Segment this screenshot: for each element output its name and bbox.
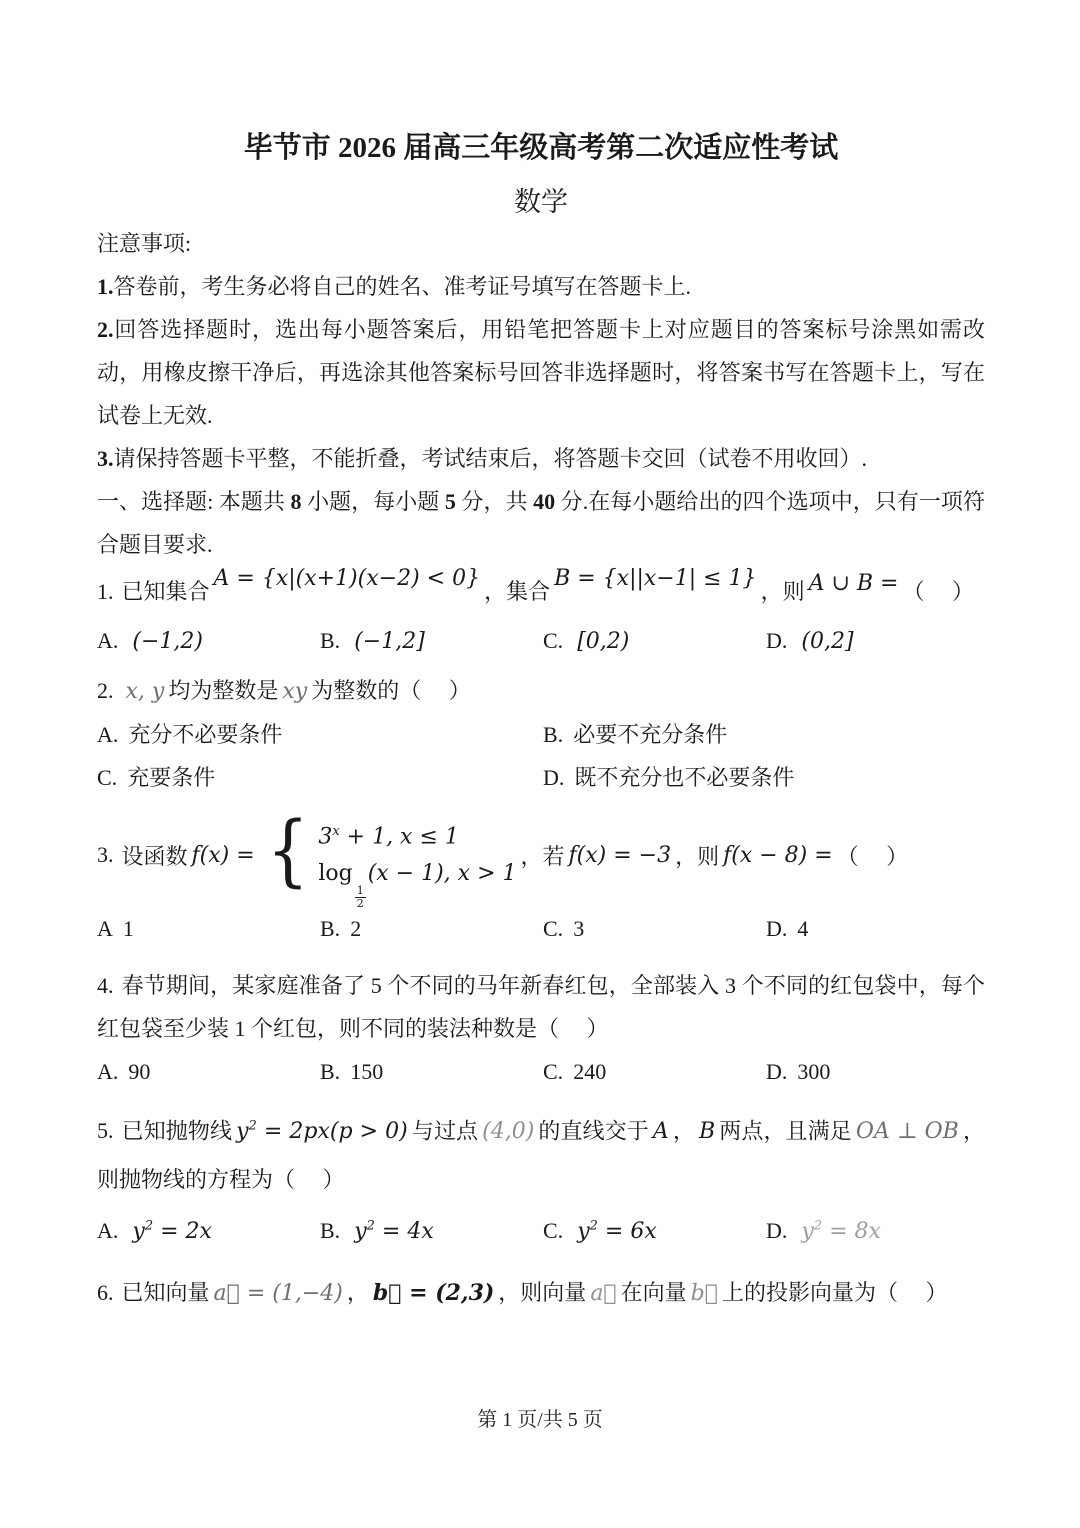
set-a-formula: A = {x|(x+1)(x−2) < 0} xyxy=(210,566,485,591)
option-label: B. xyxy=(320,1059,350,1084)
piecewise-brace: { xyxy=(266,811,308,891)
stem-text: ，集合 xyxy=(484,579,550,604)
option-value: y2 = 6x xyxy=(573,1219,661,1244)
function-def: f(x) = xyxy=(188,843,259,868)
section-text: 分，共 xyxy=(456,489,533,514)
xy-product: xy xyxy=(278,679,311,704)
option-label: D. xyxy=(543,765,574,790)
answer-blank: （ ） xyxy=(837,840,909,871)
question-stem: 3.设函数f(x) ={3x + 1, x ≤ 1log12(x − 1), x… xyxy=(97,803,985,907)
option-rest: = 6x xyxy=(598,1219,657,1244)
option-value: 既不充分也不必要条件 xyxy=(574,765,794,790)
vector-a-formula: a⃗ = (1,−4) xyxy=(210,1281,347,1306)
question-number: 4. xyxy=(97,973,122,998)
option-label: A xyxy=(97,916,123,941)
option-b: B.(−1,2] xyxy=(320,619,543,663)
option-value: 1 xyxy=(123,916,134,941)
option-c: C.充要条件 xyxy=(97,756,543,799)
option-label: B. xyxy=(320,1218,350,1243)
option-rest: = 8x xyxy=(822,1219,881,1244)
stem-text: 上的投影向量为（ ） xyxy=(722,1280,948,1305)
case-base: 3 xyxy=(318,825,332,850)
stem-text: 设函数 xyxy=(122,840,188,871)
notice-number: 1. xyxy=(97,274,114,299)
options-row: A1 B.2 C.3 D.4 xyxy=(97,907,985,950)
page-content: 毕节市 2026 届高三年级高考第二次适应性考试 数学 注意事项: 1.答卷前，… xyxy=(0,0,1080,1315)
section-count: 8 xyxy=(291,489,302,514)
condition-formula: f(x) = −3 xyxy=(565,843,676,868)
option-value: 2 xyxy=(350,916,361,941)
option-b: B.150 xyxy=(320,1050,543,1093)
target-formula: f(x − 8) = xyxy=(719,843,837,868)
section-points: 5 xyxy=(445,489,456,514)
question-5: 5.已知抛物线y2 = 2px(p > 0)与过点(4,0)的直线交于A，B两点… xyxy=(97,1103,985,1253)
option-d: D.(0,2] xyxy=(766,619,985,663)
subject-title: 数学 xyxy=(97,182,985,222)
section-text: 一、选择题: 本题共 xyxy=(97,489,291,514)
notice-item-2: 2.回答选择题时，选出每小题答案后，用铅笔把答题卡上对应题目的答案标号涂黑如需改… xyxy=(97,308,985,437)
option-c: C.240 xyxy=(543,1050,766,1093)
notice-text: 请保持答题卡平整，不能折叠，考试结束后，将答题卡交回（试卷不用收回）. xyxy=(114,446,868,471)
option-label: B. xyxy=(320,628,350,653)
question-stem: 2.x, y均为整数是xy为整数的（ ） xyxy=(97,669,985,713)
option-label: C. xyxy=(543,628,573,653)
notices-heading: 注意事项: xyxy=(97,222,985,265)
stem-text: ， xyxy=(347,1280,369,1305)
option-exponent: 2 xyxy=(145,1218,153,1233)
stem-text: 为整数的（ ） xyxy=(311,678,471,703)
option-a: A1 xyxy=(97,907,320,950)
notice-text: 回答选择题时，选出每小题答案后，用铅笔把答题卡上对应题目的答案标号涂黑如需改动，… xyxy=(97,317,985,428)
option-base: y xyxy=(132,1219,144,1244)
point-formula: (4,0) xyxy=(478,1119,538,1144)
option-a: A.充分不必要条件 xyxy=(97,713,543,756)
question-stem: 1.已知集合A = {x|(x+1)(x−2) < 0}，集合B = {x||x… xyxy=(97,566,985,619)
option-value: 90 xyxy=(128,1059,150,1084)
stem-text: ，若 xyxy=(521,840,565,871)
option-label: B. xyxy=(543,722,573,747)
notice-number: 3. xyxy=(97,446,114,471)
stem-text: 均为整数是 xyxy=(168,678,278,703)
stem-text: ，则 xyxy=(675,840,719,871)
option-value: 300 xyxy=(797,1059,830,1084)
option-b: B.必要不充分条件 xyxy=(543,713,985,756)
question-2: 2.x, y均为整数是xy为整数的（ ） A.充分不必要条件 B.必要不充分条件… xyxy=(97,669,985,799)
option-value: [0,2) xyxy=(573,629,633,654)
option-exponent: 2 xyxy=(367,1218,375,1233)
option-label: C. xyxy=(543,916,573,941)
xy-variables: x, y xyxy=(122,679,169,704)
option-label: A. xyxy=(97,1218,128,1243)
question-number: 2. xyxy=(97,678,122,703)
option-label: C. xyxy=(97,765,127,790)
formula-rest: = 2px(p > 0) xyxy=(257,1119,408,1144)
stem-text: ，则 xyxy=(761,579,805,604)
option-exponent: 2 xyxy=(590,1218,598,1233)
answer-blank: （ ） xyxy=(902,579,974,604)
question-stem: 6.已知向量a⃗ = (1,−4)，b⃗ = (2,3)，则向量a⃗在向量b⃗上… xyxy=(97,1271,985,1315)
option-label: B. xyxy=(320,916,350,941)
vector-b-symbol: b⃗ xyxy=(687,1281,722,1306)
option-rest: = 4x xyxy=(375,1219,434,1244)
formula-exponent: 2 xyxy=(249,1119,257,1134)
option-base: y xyxy=(801,1219,813,1244)
question-stem: 5.已知抛物线y2 = 2px(p > 0)与过点(4,0)的直线交于A，B两点… xyxy=(97,1103,985,1204)
options-row: A.90 B.150 C.240 D.300 xyxy=(97,1050,985,1093)
options-row: A.y2 = 2x B.y2 = 4x C.y2 = 6x D.y2 = 8x xyxy=(97,1204,985,1252)
page-title: 毕节市 2026 届高三年级高考第二次适应性考试 xyxy=(97,128,985,168)
option-label: C. xyxy=(543,1059,573,1084)
options-row: A.充分不必要条件 B.必要不充分条件 xyxy=(97,713,985,756)
log-base-fraction: 12 xyxy=(355,885,366,910)
option-d: D.300 xyxy=(766,1050,985,1093)
section-total: 40 xyxy=(533,489,555,514)
option-label: D. xyxy=(766,1218,797,1243)
stem-text: 的直线交于 xyxy=(538,1118,649,1143)
question-number: 5. xyxy=(97,1118,122,1143)
option-exponent: 2 xyxy=(814,1218,822,1233)
set-b-formula: B = {x||x−1| ≤ 1} xyxy=(550,566,760,591)
option-a: A.y2 = 2x xyxy=(97,1204,320,1252)
option-value: 必要不充分条件 xyxy=(573,722,727,747)
options-row: C.充要条件 D.既不充分也不必要条件 xyxy=(97,756,985,799)
question-stem: 4.春节期间，某家庭准备了 5 个不同的马年新春红包，全部装入 3 个不同的红包… xyxy=(97,964,985,1050)
option-value: 150 xyxy=(350,1059,383,1084)
option-label: D. xyxy=(766,628,797,653)
stem-text: 春节期间，某家庭准备了 5 个不同的马年新春红包，全部装入 3 个不同的红包袋中… xyxy=(97,973,985,1041)
question-3: 3.设函数f(x) ={3x + 1, x ≤ 1log12(x − 1), x… xyxy=(97,803,985,950)
option-value: (0,2] xyxy=(797,629,857,654)
stem-text: 已知抛物线 xyxy=(122,1118,233,1143)
notice-number: 2. xyxy=(97,317,114,342)
option-d: D.y2 = 8x xyxy=(766,1204,985,1252)
section-heading: 一、选择题: 本题共 8 小题，每小题 5 分，共 40 分.在每小题给出的四个… xyxy=(97,480,985,566)
option-label: D. xyxy=(766,1059,797,1084)
option-value: 4 xyxy=(797,916,808,941)
exam-paper-page: 毕节市 2026 届高三年级高考第二次适应性考试 数学 注意事项: 1.答卷前，… xyxy=(0,0,1080,1528)
option-label: C. xyxy=(543,1218,573,1243)
option-b: B.y2 = 4x xyxy=(320,1204,543,1252)
option-value: 充分不必要条件 xyxy=(128,722,282,747)
case-exponent: x xyxy=(332,824,339,839)
stem-text: 两点，且满足 xyxy=(719,1118,852,1143)
option-c: C.[0,2) xyxy=(543,619,766,663)
stem-text: 已知向量 xyxy=(122,1280,210,1305)
option-value: y2 = 2x xyxy=(128,1219,216,1244)
options-row: A.(−1,2) B.(−1,2] C.[0,2) D.(0,2] xyxy=(97,619,985,663)
question-number: 1. xyxy=(97,579,122,604)
parabola-formula: y2 = 2px(p > 0) xyxy=(232,1119,412,1144)
fraction-denominator: 2 xyxy=(355,897,366,910)
option-base: y xyxy=(577,1219,589,1244)
option-c: C.3 xyxy=(543,907,766,950)
option-value: 3 xyxy=(573,916,584,941)
option-a: A.(−1,2) xyxy=(97,619,320,663)
vector-a-symbol: a⃗ xyxy=(586,1281,620,1306)
question-number: 6. xyxy=(97,1280,122,1305)
option-value: 240 xyxy=(573,1059,606,1084)
question-6: 6.已知向量a⃗ = (1,−4)，b⃗ = (2,3)，则向量a⃗在向量b⃗上… xyxy=(97,1271,985,1315)
notice-item-3: 3.请保持答题卡平整，不能折叠，考试结束后，将答题卡交回（试卷不用收回）. xyxy=(97,437,985,480)
fraction-numerator: 1 xyxy=(357,885,364,897)
option-label: A. xyxy=(97,722,128,747)
notice-text: 答卷前，考生务必将自己的姓名、准考证号填写在答题卡上. xyxy=(114,274,692,299)
option-label: D. xyxy=(766,916,797,941)
option-a: A.90 xyxy=(97,1050,320,1093)
question-4: 4.春节期间，某家庭准备了 5 个不同的马年新春红包，全部装入 3 个不同的红包… xyxy=(97,964,985,1093)
perpendicular-formula: OA ⊥ OB xyxy=(852,1119,963,1144)
option-value: 充要条件 xyxy=(127,765,215,790)
case-2: log12(x − 1), x > 1 xyxy=(314,856,520,896)
stem-text: 已知集合 xyxy=(122,579,210,604)
point-a: A xyxy=(649,1119,673,1144)
case-rest: (x − 1), x > 1 xyxy=(368,861,517,886)
section-text: 小题，每小题 xyxy=(302,489,445,514)
option-label: A. xyxy=(97,628,128,653)
option-d: D.既不充分也不必要条件 xyxy=(543,756,985,799)
option-c: C.y2 = 6x xyxy=(543,1204,766,1252)
question-number: 3. xyxy=(97,842,122,868)
formula-base: y xyxy=(236,1119,248,1144)
option-rest: = 2x xyxy=(153,1219,212,1244)
option-d: D.4 xyxy=(766,907,985,950)
point-b: B xyxy=(695,1119,719,1144)
option-value: (−1,2] xyxy=(350,629,429,654)
option-value: (−1,2) xyxy=(128,629,207,654)
vector-b-formula: b⃗ = (2,3) xyxy=(369,1280,498,1306)
option-base: y xyxy=(354,1219,366,1244)
page-footer: 第 1 页/共 5 页 xyxy=(0,1403,1080,1432)
option-value: y2 = 8x xyxy=(797,1219,885,1244)
log-symbol: log xyxy=(318,861,352,886)
union-formula: A ∪ B = xyxy=(805,571,903,596)
piecewise-cases: 3x + 1, x ≤ 1log12(x − 1), x > 1 xyxy=(314,814,520,895)
case-rest: + 1, x ≤ 1 xyxy=(340,825,459,850)
option-label: A. xyxy=(97,1059,128,1084)
stem-text: ， xyxy=(673,1118,695,1143)
option-value: y2 = 4x xyxy=(350,1219,438,1244)
case-1: 3x + 1, x ≤ 1 xyxy=(314,814,520,855)
notice-item-1: 1.答卷前，考生务必将自己的姓名、准考证号填写在答题卡上. xyxy=(97,265,985,308)
stem-text: 在向量 xyxy=(621,1280,687,1305)
question-1: 1.已知集合A = {x|(x+1)(x−2) < 0}，集合B = {x||x… xyxy=(97,566,985,663)
stem-text: 与过点 xyxy=(412,1118,478,1143)
stem-text: ，则向量 xyxy=(498,1280,586,1305)
option-b: B.2 xyxy=(320,907,543,950)
